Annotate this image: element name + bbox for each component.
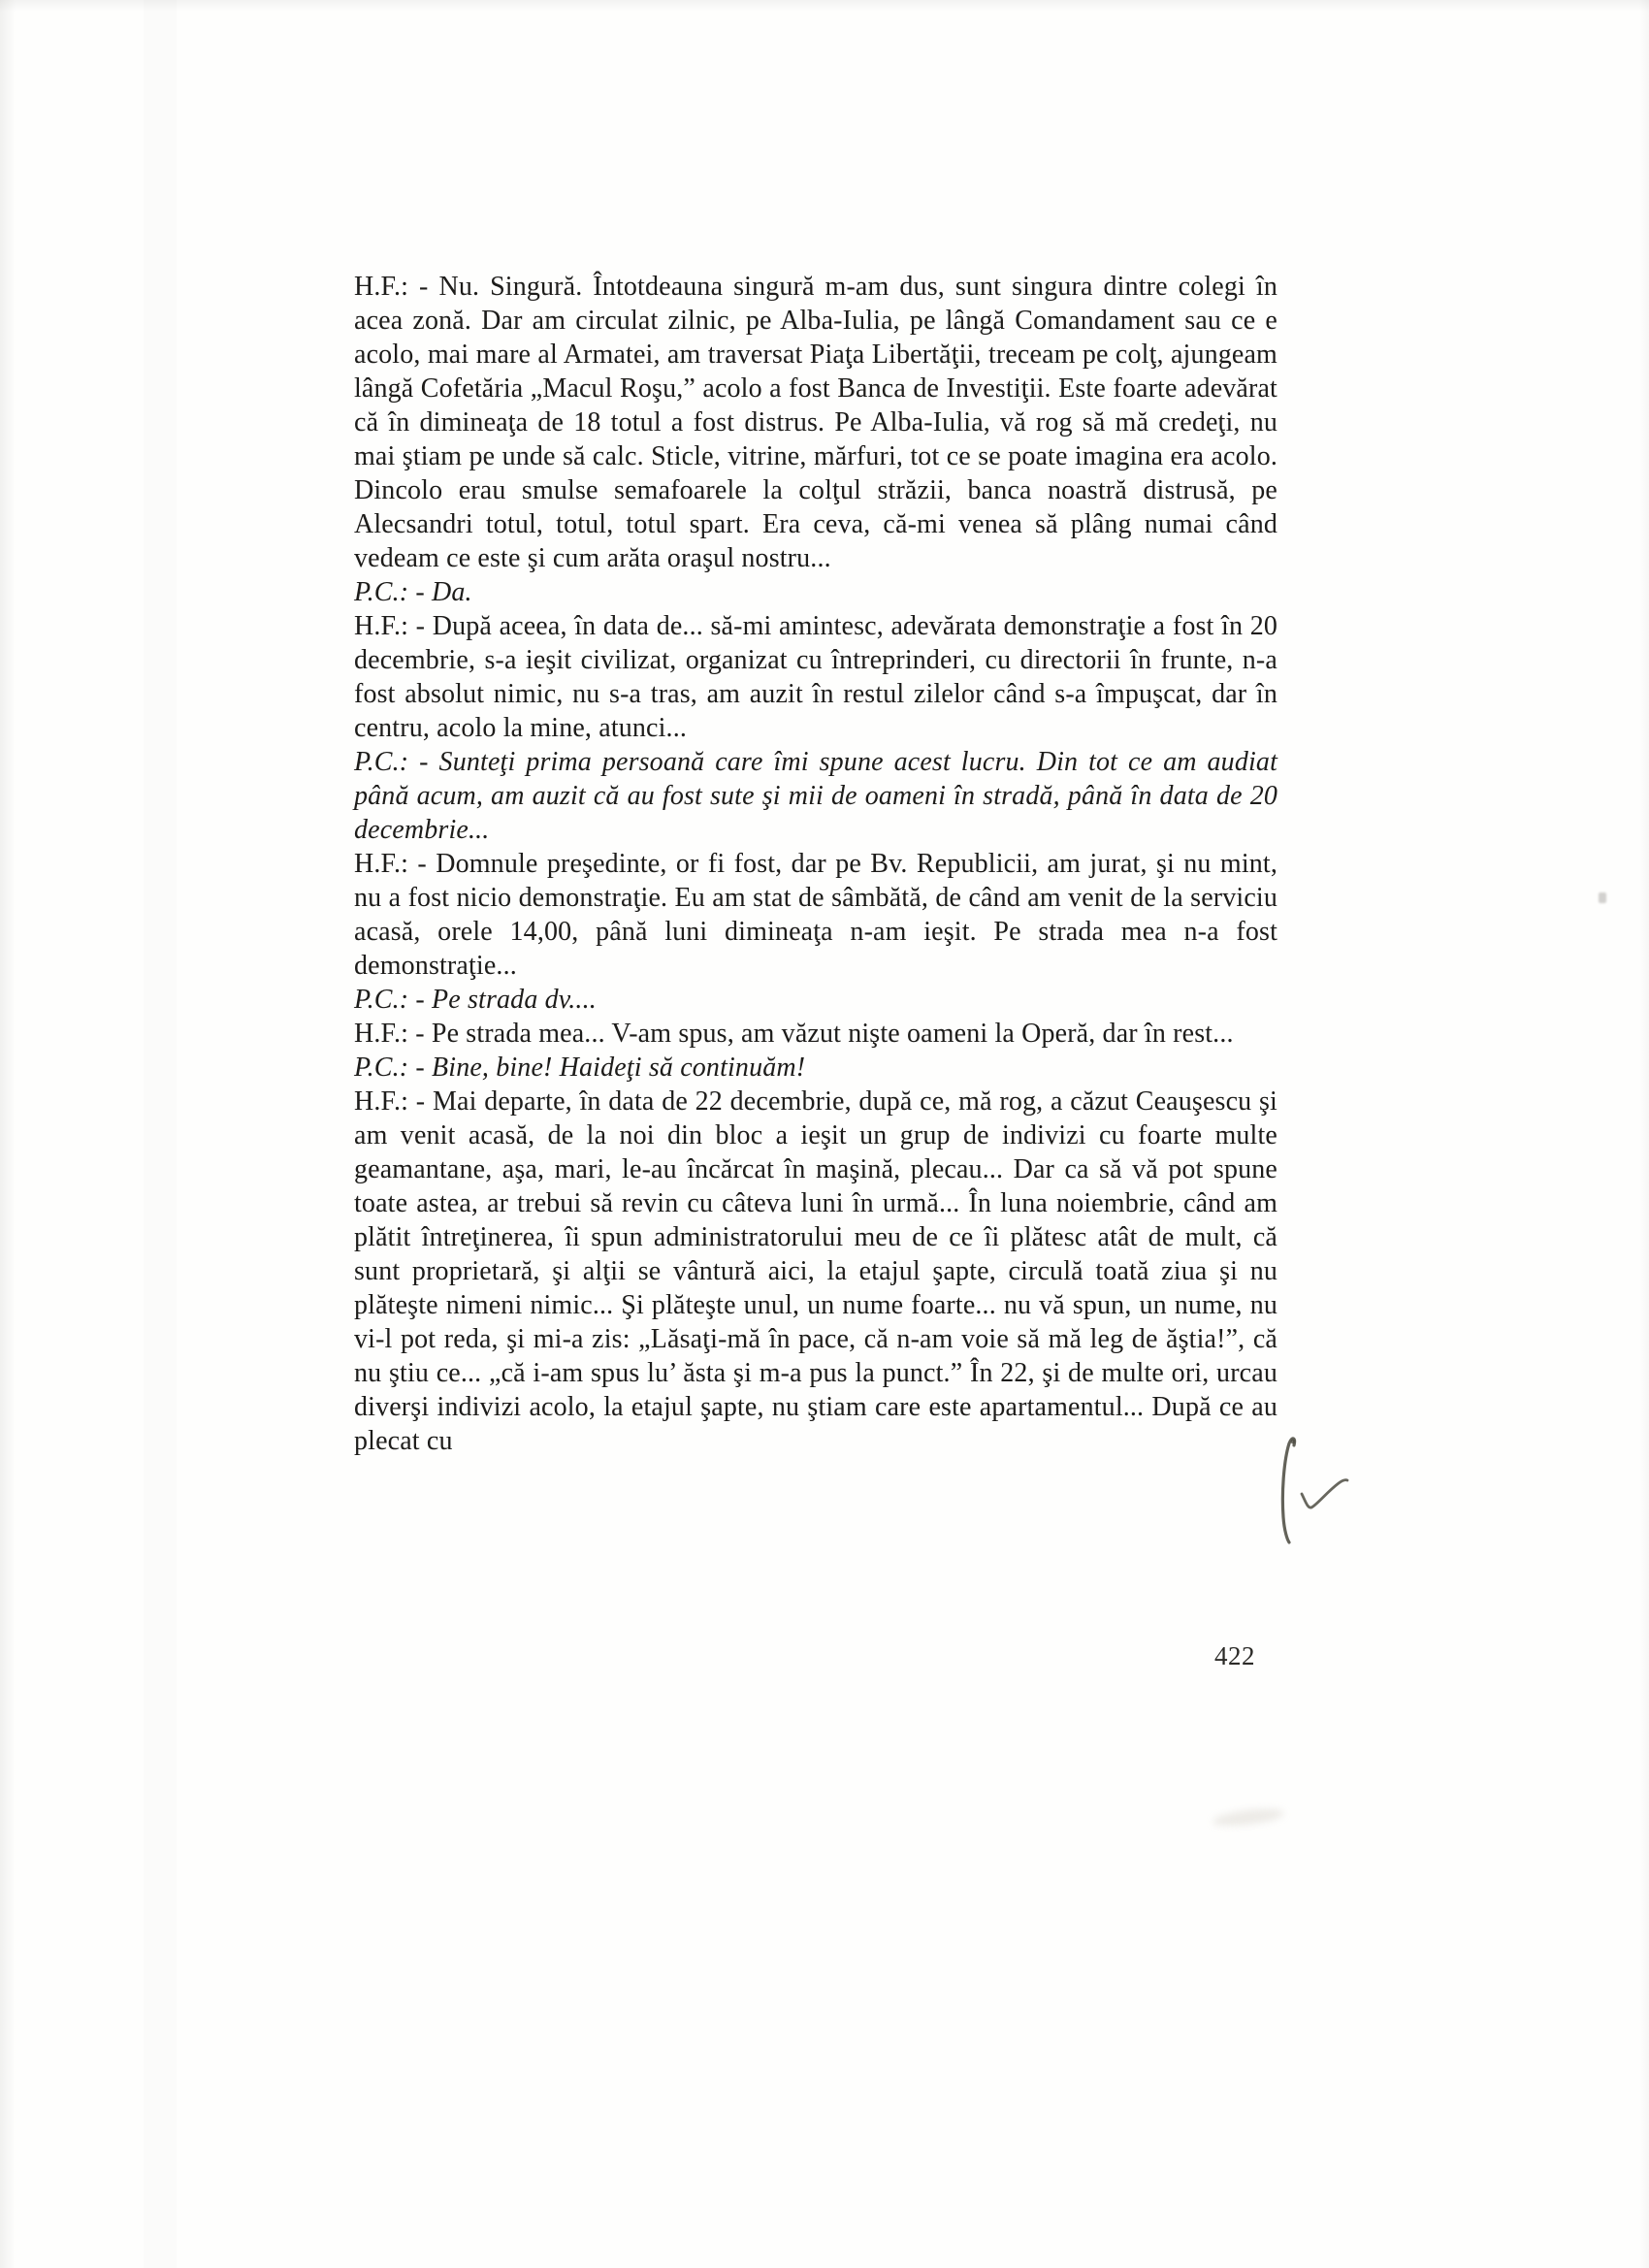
paragraph-hf-3: H.F.: - Domnule preşedinte, or fi fost, …: [354, 847, 1277, 983]
scan-speck: [1599, 892, 1606, 903]
scan-edge-shadow-top: [0, 0, 1649, 12]
paragraph-pc-3: P.C.: - Pe strada dv....: [354, 983, 1277, 1017]
transcript-text-block: H.F.: - Nu. Singură. Întotdeauna singură…: [354, 270, 1277, 1458]
scan-margin-streak: [144, 0, 177, 2268]
paragraph-hf-5: H.F.: - Mai departe, în data de 22 decem…: [354, 1085, 1277, 1458]
paragraph-pc-1: P.C.: - Da.: [354, 575, 1277, 609]
paragraph-hf-2: H.F.: - După aceea, în data de... să-mi …: [354, 609, 1277, 745]
scan-edge-shadow-right: [1639, 0, 1649, 2268]
paragraph-pc-2: P.C.: - Sunteţi prima persoană care îmi …: [354, 745, 1277, 847]
scanned-page: H.F.: - Nu. Singură. Întotdeauna singură…: [0, 0, 1649, 2268]
scan-edge-shadow-left: [0, 0, 16, 2268]
page-number: 422: [1214, 1641, 1255, 1671]
paragraph-pc-4: P.C.: - Bine, bine! Haideţi să continuăm…: [354, 1051, 1277, 1085]
faint-pencil-smudge: [1212, 1806, 1284, 1830]
handwritten-checkmark-icon: [1261, 1430, 1368, 1556]
paragraph-hf-1: H.F.: - Nu. Singură. Întotdeauna singură…: [354, 270, 1277, 575]
paragraph-hf-4: H.F.: - Pe strada mea... V-am spus, am v…: [354, 1017, 1277, 1051]
